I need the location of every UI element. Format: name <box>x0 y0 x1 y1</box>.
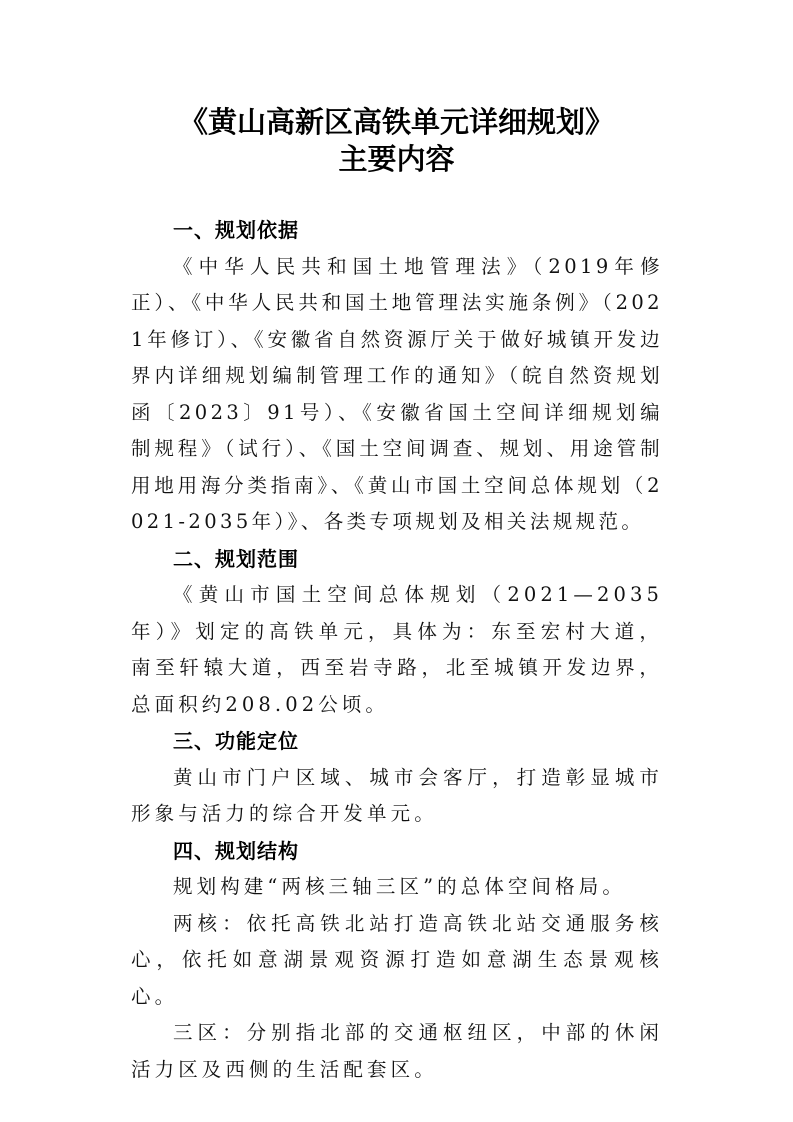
section-planning-scope: 二、规划范围 《黄山市国土空间总体规划（2021—2035年）》划定的高铁单元，… <box>131 541 663 724</box>
section-heading: 四、规划结构 <box>131 833 663 870</box>
section-planning-structure: 四、规划结构 规划构建“两核三轴三区”的总体空间格局。 两核：依托高铁北站打造高… <box>131 833 663 1089</box>
section-heading: 三、功能定位 <box>131 723 663 760</box>
paragraph: 两核：依托高铁北站打造高铁北站交通服务核心，依托如意湖景观资源打造如意湖生态景观… <box>131 906 663 1016</box>
paragraph: 黄山市门户区域、城市会客厅，打造彰显城市形象与活力的综合开发单元。 <box>131 760 663 833</box>
document-subtitle: 主要内容 <box>0 141 793 178</box>
paragraph: 规划构建“两核三轴三区”的总体空间格局。 <box>131 869 663 906</box>
section-heading: 二、规划范围 <box>131 541 663 578</box>
document-title: 《黄山高新区高铁单元详细规划》 <box>0 104 793 141</box>
paragraph: 《中华人民共和国土地管理法》（2019年修正）、《中华人民共和国土地管理法实施条… <box>131 249 663 541</box>
section-planning-basis: 一、规划依据 《中华人民共和国土地管理法》（2019年修正）、《中华人民共和国土… <box>131 212 663 541</box>
paragraph: 《黄山市国土空间总体规划（2021—2035年）》划定的高铁单元，具体为：东至宏… <box>131 577 663 723</box>
document-page: 《黄山高新区高铁单元详细规划》 主要内容 一、规划依据 《中华人民共和国土地管理… <box>0 0 793 1122</box>
document-body: 一、规划依据 《中华人民共和国土地管理法》（2019年修正）、《中华人民共和国土… <box>131 212 663 1088</box>
section-functional-positioning: 三、功能定位 黄山市门户区域、城市会客厅，打造彰显城市形象与活力的综合开发单元。 <box>131 723 663 833</box>
paragraph: 三区：分别指北部的交通枢纽区，中部的休闲活力区及西侧的生活配套区。 <box>131 1015 663 1088</box>
section-heading: 一、规划依据 <box>131 212 663 249</box>
